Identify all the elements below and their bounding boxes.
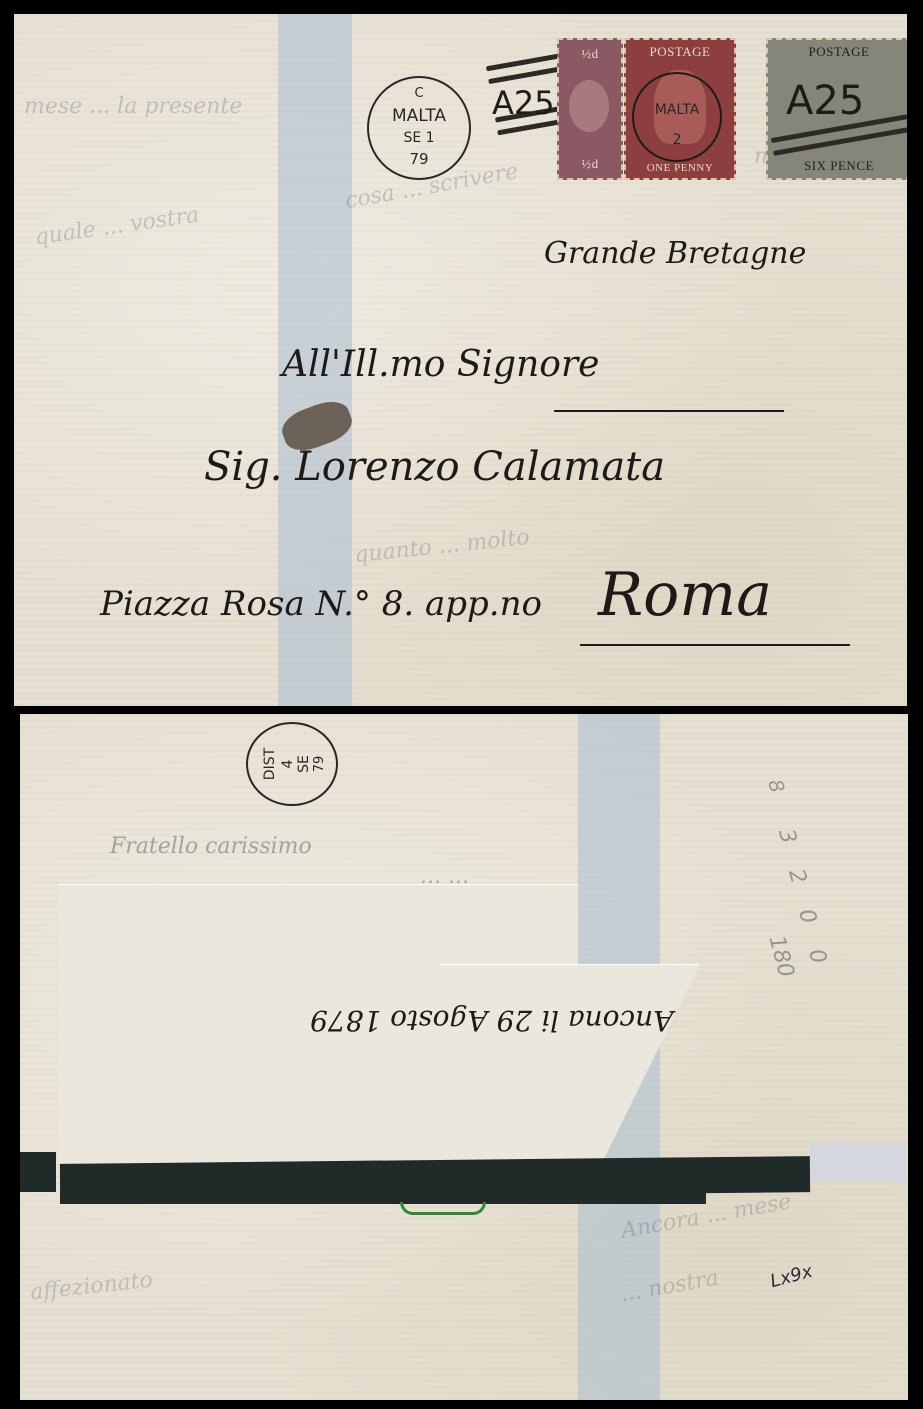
green-seal <box>400 1202 486 1215</box>
cover-back: Fratello carissimo ... ... Ancora ... me… <box>20 714 908 1400</box>
address-salutation: All'Ill.mo Signore <box>282 344 599 385</box>
city-underline <box>580 644 850 646</box>
postmark-place: MALTA <box>634 102 720 118</box>
address-street: Piazza Rosa N.° 8. app.no <box>100 584 542 624</box>
black-mourning-band <box>60 1190 706 1204</box>
postmark-day: 2 <box>634 132 720 148</box>
cover-front: mese ... la presente quale ... vostra co… <box>14 14 907 706</box>
postmark-place: MALTA <box>369 106 469 126</box>
arrival-postmark: DIST 4 SE 79 <box>246 722 338 806</box>
postmark-day: 4 <box>280 720 296 808</box>
postmark-date: SE 1 <box>369 130 469 146</box>
stamp-bottom-text: SIX PENCE <box>768 158 907 174</box>
paper-tab <box>810 1142 906 1182</box>
stamp-postmark: MALTA 2 <box>632 72 722 162</box>
ghost-handwriting: mese ... la presente <box>24 94 242 119</box>
malta-postmark: C MALTA SE 1 79 <box>367 76 471 180</box>
black-mourning-band <box>20 1152 56 1192</box>
postmark-year: 79 <box>369 150 469 168</box>
stamp-one-penny: POSTAGE MALTA 2 ONE PENNY <box>624 38 736 180</box>
docket-note: Ancona li 29 Agosto 1879 <box>310 1004 673 1037</box>
obliterator-number-right: A25 <box>786 78 864 124</box>
stamp-top-text: POSTAGE <box>626 44 734 60</box>
stamp-bottom-text: ONE PENNY <box>626 162 734 174</box>
obliterator-number-left: A25 <box>492 84 555 122</box>
address-country: Grande Bretagne <box>544 236 806 271</box>
stamp-value: ½d <box>559 46 621 62</box>
address-recipient: Sig. Lorenzo Calamata <box>204 444 665 490</box>
stamp-halfpenny: ½d ½d <box>557 38 623 180</box>
stamp-top-text: POSTAGE <box>768 44 907 60</box>
postmark-office: DIST <box>262 720 278 808</box>
queen-portrait-icon <box>569 80 609 132</box>
postmark-letter: C <box>369 86 469 101</box>
stamp-value: ½d <box>559 156 621 172</box>
postmark-year: 79 <box>312 720 327 808</box>
salutation-underline <box>554 410 784 412</box>
ghost-handwriting: Fratello carissimo <box>110 834 312 859</box>
stamp-six-pence: POSTAGE A25 SIX PENCE <box>766 38 907 180</box>
postmark-month: SE <box>296 720 312 808</box>
address-city: Roma <box>598 560 772 630</box>
